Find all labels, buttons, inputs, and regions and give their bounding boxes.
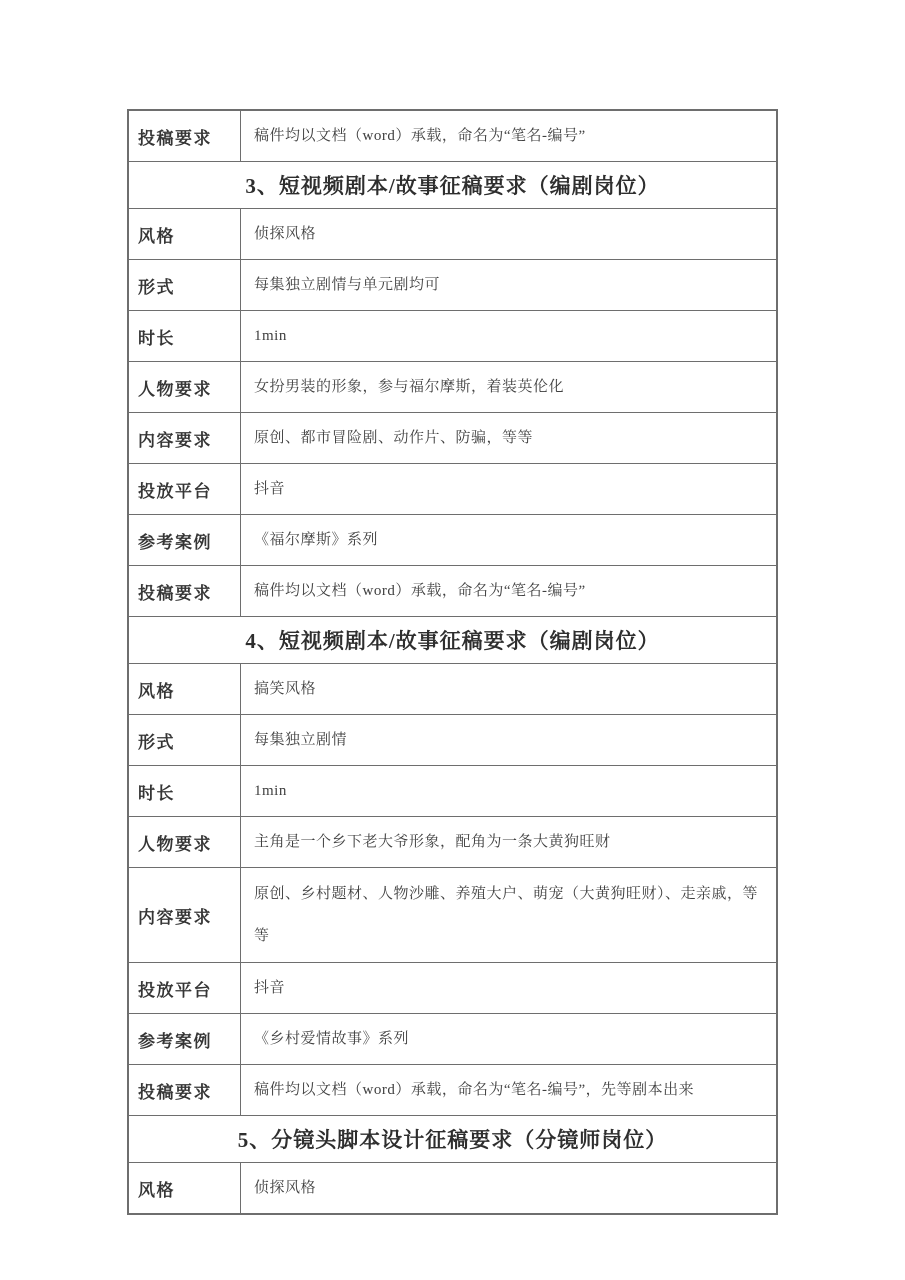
field-label: 投稿要求 [129, 566, 241, 616]
field-label: 时长 [129, 766, 241, 816]
field-value: 《福尔摩斯》系列 [241, 515, 776, 565]
field-value: 每集独立剧情 [241, 715, 776, 765]
table-row: 时长 1min [129, 310, 776, 361]
table-row: 内容要求 原创、乡村题材、人物沙雕、养殖大户、萌宠（大黄狗旺财）、走亲戚，等 等 [129, 867, 776, 962]
table-row: 参考案例 《乡村爱情故事》系列 [129, 1013, 776, 1064]
field-label: 投放平台 [129, 963, 241, 1013]
table-row: 风格 侦探风格 [129, 1162, 776, 1213]
field-value: 1min [241, 311, 776, 361]
field-label: 风格 [129, 664, 241, 714]
field-value: 稿件均以文档（word）承载，命名为“笔名-编号” [241, 111, 776, 161]
table-row: 投稿要求 稿件均以文档（word）承载，命名为“笔名-编号” [129, 111, 776, 161]
table-row: 时长 1min [129, 765, 776, 816]
table-row: 投放平台 抖音 [129, 962, 776, 1013]
field-label: 人物要求 [129, 362, 241, 412]
field-label: 形式 [129, 260, 241, 310]
field-label: 形式 [129, 715, 241, 765]
table-row: 投稿要求 稿件均以文档（word）承载，命名为“笔名-编号” [129, 565, 776, 616]
table-row: 人物要求 女扮男装的形象，参与福尔摩斯，着装英伦化 [129, 361, 776, 412]
field-label: 投稿要求 [129, 111, 241, 161]
table-row: 风格 搞笑风格 [129, 663, 776, 714]
field-value: 主角是一个乡下老大爷形象，配角为一条大黄狗旺财 [241, 817, 776, 867]
field-value: 抖音 [241, 963, 776, 1013]
field-label: 风格 [129, 209, 241, 259]
table-row: 投放平台 抖音 [129, 463, 776, 514]
field-value: 原创、都市冒险剧、动作片、防骗，等等 [241, 413, 776, 463]
table-row: 内容要求 原创、都市冒险剧、动作片、防骗，等等 [129, 412, 776, 463]
section-title: 3、短视频剧本/故事征稿要求（编剧岗位） [245, 170, 659, 200]
field-label: 内容要求 [129, 868, 241, 962]
table-row: 投稿要求 稿件均以文档（word）承载，命名为“笔名-编号”，先等剧本出来 [129, 1064, 776, 1115]
field-value: 每集独立剧情与单元剧均可 [241, 260, 776, 310]
document-page: 投稿要求 稿件均以文档（word）承载，命名为“笔名-编号” 3、短视频剧本/故… [0, 0, 905, 1280]
section-title: 4、短视频剧本/故事征稿要求（编剧岗位） [245, 625, 659, 655]
section-title: 5、分镜头脚本设计征稿要求（分镜师岗位） [238, 1124, 668, 1154]
field-label: 投放平台 [129, 464, 241, 514]
section-header-row: 5、分镜头脚本设计征稿要求（分镜师岗位） [129, 1115, 776, 1162]
field-label: 投稿要求 [129, 1065, 241, 1115]
field-value: 女扮男装的形象，参与福尔摩斯，着装英伦化 [241, 362, 776, 412]
field-label: 人物要求 [129, 817, 241, 867]
field-label: 风格 [129, 1163, 241, 1213]
field-label: 时长 [129, 311, 241, 361]
section-header-row: 3、短视频剧本/故事征稿要求（编剧岗位） [129, 161, 776, 208]
field-label: 参考案例 [129, 515, 241, 565]
table-row: 风格 侦探风格 [129, 208, 776, 259]
field-label: 参考案例 [129, 1014, 241, 1064]
field-value: 侦探风格 [241, 209, 776, 259]
field-value: 搞笑风格 [241, 664, 776, 714]
field-value: 稿件均以文档（word）承载，命名为“笔名-编号” [241, 566, 776, 616]
table-row: 形式 每集独立剧情 [129, 714, 776, 765]
field-value: 侦探风格 [241, 1163, 776, 1213]
section-header-row: 4、短视频剧本/故事征稿要求（编剧岗位） [129, 616, 776, 663]
table-row: 参考案例 《福尔摩斯》系列 [129, 514, 776, 565]
field-value: 《乡村爱情故事》系列 [241, 1014, 776, 1064]
submission-requirements-table: 投稿要求 稿件均以文档（word）承载，命名为“笔名-编号” 3、短视频剧本/故… [127, 109, 778, 1215]
field-value: 稿件均以文档（word）承载，命名为“笔名-编号”，先等剧本出来 [241, 1065, 776, 1115]
field-label: 内容要求 [129, 413, 241, 463]
field-value: 原创、乡村题材、人物沙雕、养殖大户、萌宠（大黄狗旺财）、走亲戚，等 等 [241, 868, 776, 962]
table-row: 人物要求 主角是一个乡下老大爷形象，配角为一条大黄狗旺财 [129, 816, 776, 867]
field-value: 抖音 [241, 464, 776, 514]
table-row: 形式 每集独立剧情与单元剧均可 [129, 259, 776, 310]
field-value: 1min [241, 766, 776, 816]
